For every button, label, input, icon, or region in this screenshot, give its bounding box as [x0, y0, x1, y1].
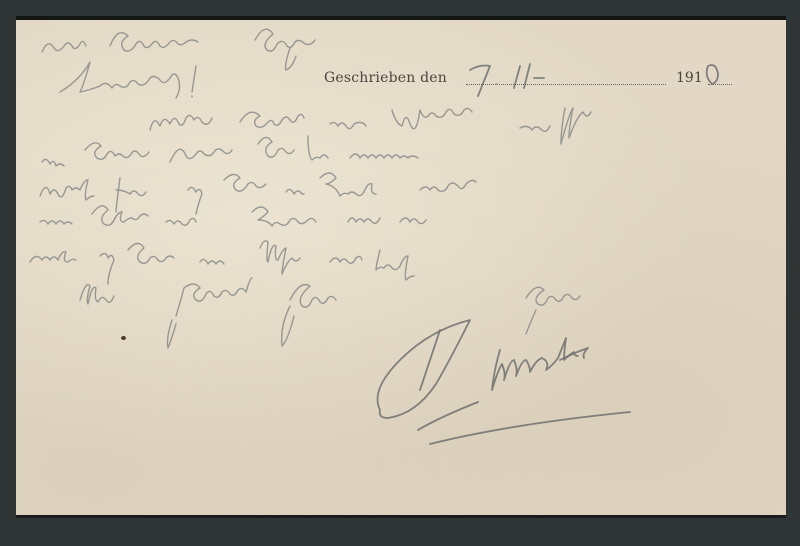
handwriting-ink: [0, 0, 800, 546]
paper-stain: [121, 336, 126, 340]
